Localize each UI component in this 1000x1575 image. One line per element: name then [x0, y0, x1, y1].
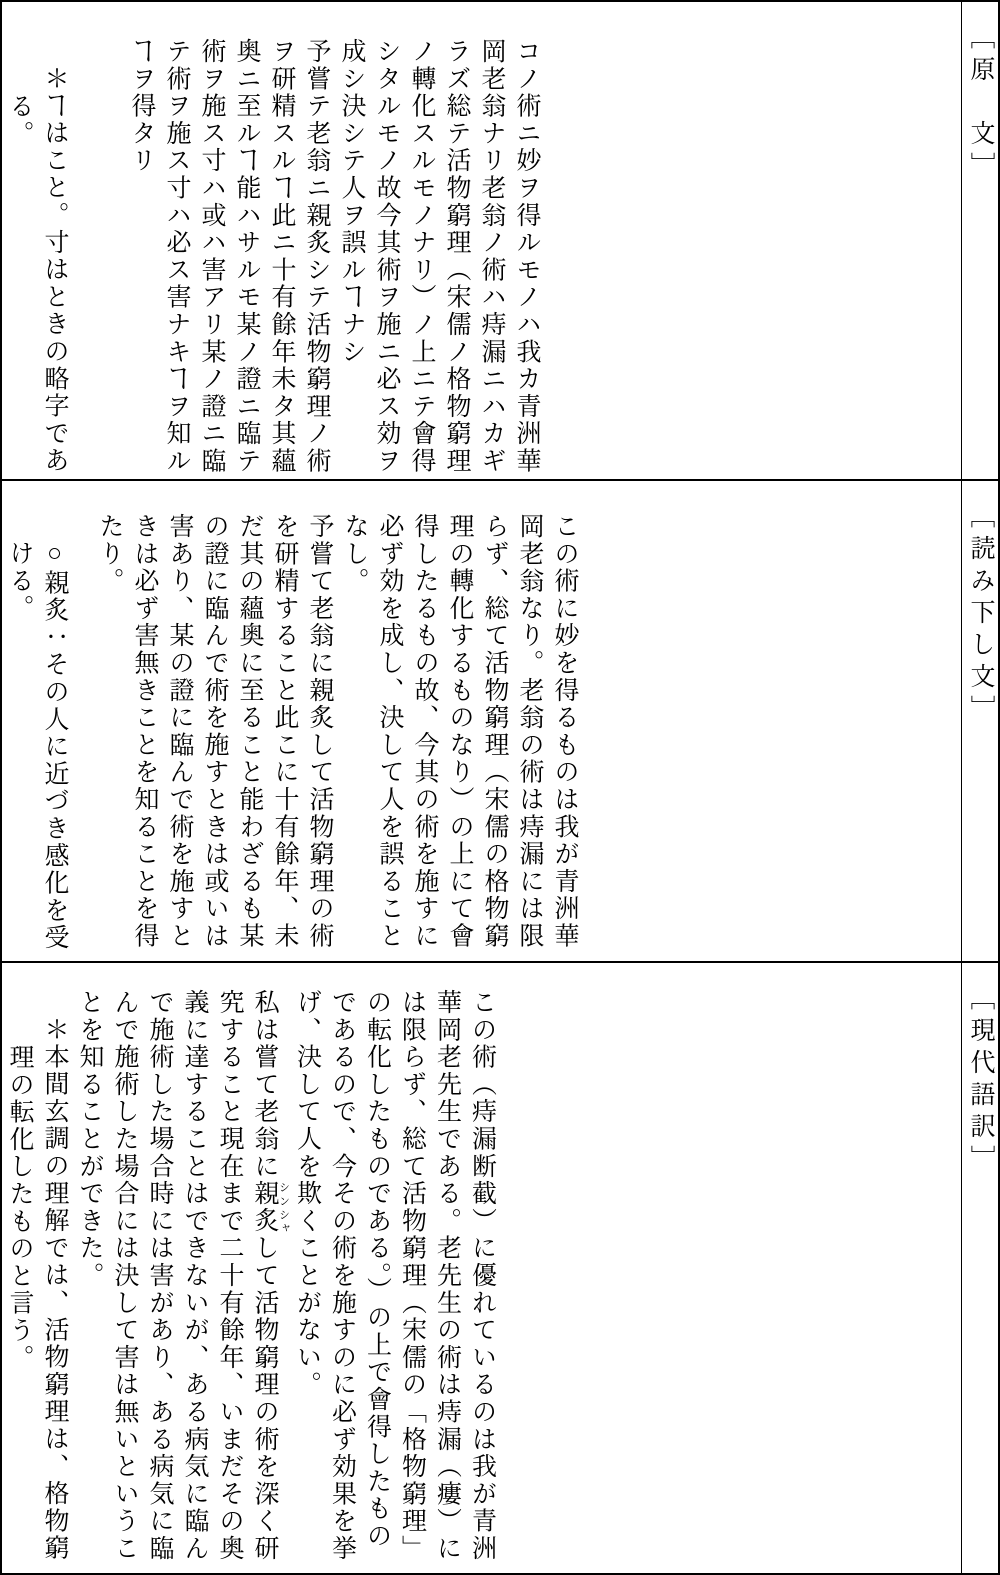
section-header-label: ［読み下し文］ [967, 503, 994, 727]
section-reading-text: この術に妙を得るものは我が青洲華岡老翁なり。老翁の術は痔漏には限らず、総て活物窮… [2, 481, 998, 963]
section-translation-header: ［現代語訳］ [961, 963, 998, 1573]
ruby-annotated-text: 親シン [251, 1180, 278, 1207]
section-original-header: ［原 文］ [961, 2, 998, 479]
paragraph: 予嘗テ老翁ニ親炙シテ活物窮理ノ術ヲ研精スルヿ此ニ十有餘年未タ其蘊奥ニ至ルヿ能ハサ… [124, 38, 334, 479]
section-header-label: ［原 文］ [967, 24, 994, 184]
section-header-label: ［現代語訳］ [967, 985, 994, 1177]
footnote: ＊本間玄調の理解では、活物窮理は、格物窮理の転化したものと言う。 [2, 989, 72, 1567]
ruby-annotated-text: 炙シャ [251, 1207, 278, 1234]
section-reading-text-columns: この術に妙を得るものは我が青洲華岡老翁なり。老翁の術は痔漏には限らず、総て活物窮… [2, 513, 582, 954]
document-page: コノ術ニ妙ヲ得ルモノハ我カ青洲華岡老翁ナリ老翁ノ術ハ痔漏ニハカギラズ総テ活物窮理… [0, 0, 1000, 1575]
section-reading-body-area: この術に妙を得るものは我が青洲華岡老翁なり。老翁の術は痔漏には限らず、総て活物窮… [2, 481, 960, 961]
paragraph: 私は嘗て老翁に親シン炙シャして活物窮理の術を深く研究すること現在まで二十有餘年、… [72, 989, 290, 1567]
section-translation-body-area: この術（痔漏断截）に優れているのは我が青洲華岡老先生である。老先生の術は痔漏（瘻… [2, 963, 960, 1573]
paragraph: この術に妙を得るものは我が青洲華岡老翁なり。老翁の術は痔漏には限らず、総て活物窮… [337, 513, 582, 954]
footnote: ＊ヿはこと。寸はときの略字である。 [2, 38, 72, 479]
section-modern-translation: この術（痔漏断截）に優れているのは我が青洲華岡老先生である。老先生の術は痔漏（瘻… [2, 963, 998, 1573]
footnote: ○親炙：その人に近づき感化を受ける。 [2, 513, 72, 954]
paragraph: コノ術ニ妙ヲ得ルモノハ我カ青洲華岡老翁ナリ老翁ノ術ハ痔漏ニハカギラズ総テ活物窮理… [334, 38, 544, 479]
section-original-body-area: コノ術ニ妙ヲ得ルモノハ我カ青洲華岡老翁ナリ老翁ノ術ハ痔漏ニハカギラズ総テ活物窮理… [2, 2, 960, 479]
paragraph: この術（痔漏断截）に優れているのは我が青洲華岡老先生である。老先生の術は痔漏（瘻… [290, 989, 500, 1567]
section-reading-header: ［読み下し文］ [961, 481, 998, 961]
section-original-text: コノ術ニ妙ヲ得ルモノハ我カ青洲華岡老翁ナリ老翁ノ術ハ痔漏ニハカギラズ総テ活物窮理… [2, 2, 998, 481]
section-translation-text-columns: この術（痔漏断截）に優れているのは我が青洲華岡老先生である。老先生の術は痔漏（瘻… [2, 989, 500, 1567]
paragraph: 予嘗て老翁に親炙して活物窮理の術を研精すること此こに十有餘年、未だ其の蘊奥に至る… [92, 513, 337, 954]
section-original-text-columns: コノ術ニ妙ヲ得ルモノハ我カ青洲華岡老翁ナリ老翁ノ術ハ痔漏ニハカギラズ総テ活物窮理… [2, 38, 544, 479]
